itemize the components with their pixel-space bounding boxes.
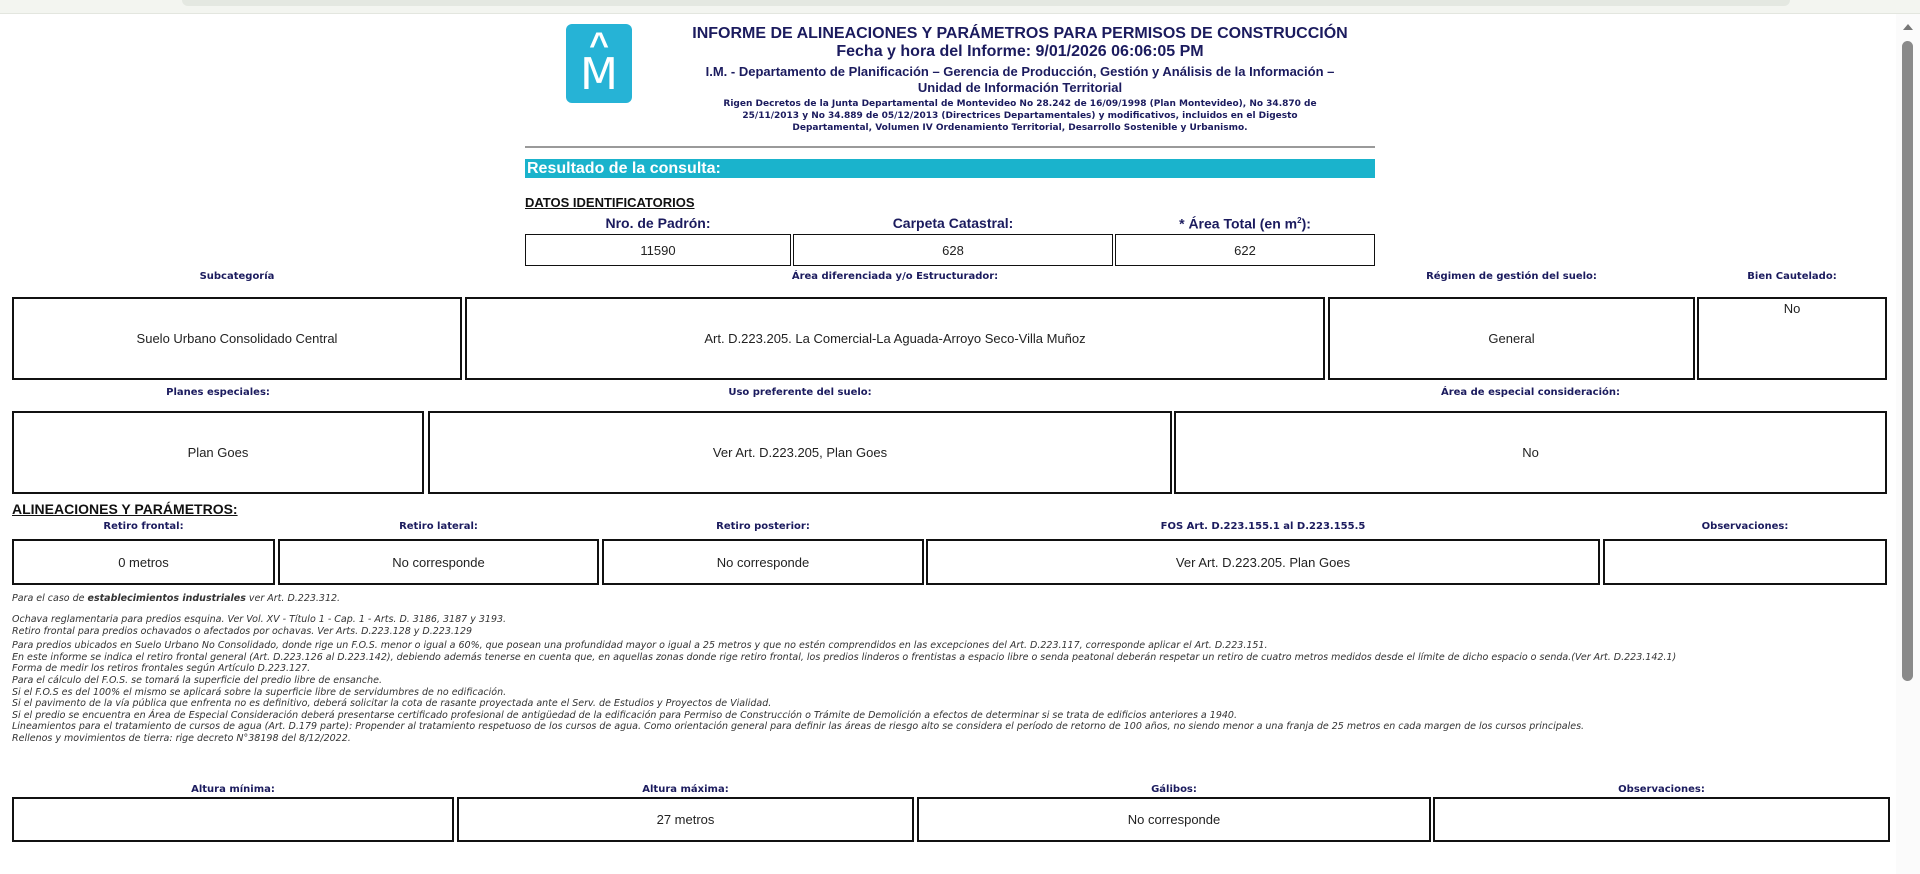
altura-minima-value [12, 797, 454, 842]
alineaciones-heading: ALINEACIONES Y PARÁMETROS: [12, 501, 238, 517]
note-line: En este informe se indica el retiro fron… [12, 652, 1676, 664]
report-decrees: Rigen Decretos de la Junta Departamental… [660, 98, 1380, 134]
uso-preferente-label: Uso preferente del suelo: [428, 387, 1172, 399]
note-line: Retiro frontal para predios ochavados o … [12, 626, 1676, 638]
address-bar[interactable] [182, 0, 1790, 6]
altura-minima-label: Altura mínima: [12, 784, 454, 796]
area-diferenciada-value: Art. D.223.205. La Comercial-La Aguada-A… [465, 297, 1325, 380]
bien-cautelado-value: No [1697, 297, 1887, 380]
area-total-value: 622 [1115, 234, 1375, 266]
decrees-line-2: 25/11/2013 y No 34.889 de 05/12/2013 (Di… [660, 110, 1380, 122]
carpeta-value: 628 [793, 234, 1113, 266]
notes-list: Ochava reglamentaria para predios esquin… [12, 614, 1676, 745]
galibos-label: Gálibos: [917, 784, 1431, 796]
padron-label: Nro. de Padrón: [525, 215, 791, 231]
report-department: I.M. - Departamento de Planificación – G… [700, 64, 1340, 96]
note-line: Si el predio se encuentra en Área de Esp… [12, 710, 1676, 722]
retiro-lateral-value: No corresponde [278, 539, 599, 585]
retiro-posterior-label: Retiro posterior: [602, 521, 924, 533]
scrollbar-thumb[interactable] [1902, 41, 1913, 681]
fos-label: FOS Art. D.223.155.1 al D.223.155.5 [926, 521, 1600, 533]
header-divider [525, 146, 1375, 148]
note-line: Para el cálculo del F.O.S. se tomará la … [12, 675, 1676, 687]
area-total-label: * Área Total (en m2): [1115, 213, 1375, 232]
area-especial-value: No [1174, 411, 1887, 494]
vertical-scrollbar[interactable] [1896, 14, 1920, 874]
carpeta-label: Carpeta Catastral: [793, 215, 1113, 231]
retiro-lateral-label: Retiro lateral: [278, 521, 599, 533]
galibos-value: No corresponde [917, 797, 1431, 842]
datos-identificatorios-heading: DATOS IDENTIFICATORIOS [525, 195, 695, 211]
decrees-line-3: Departamental, Volumen IV Ordenamiento T… [660, 122, 1380, 134]
logo-letter: M [566, 50, 632, 100]
regimen-value: General [1328, 297, 1695, 380]
padron-value: 11590 [525, 234, 791, 266]
retiro-frontal-label: Retiro frontal: [12, 521, 275, 533]
note-industrial: Para el caso de establecimientos industr… [12, 593, 340, 605]
note-line: Ochava reglamentaria para predios esquin… [12, 614, 1676, 626]
observaciones-value [1603, 539, 1887, 585]
fos-value: Ver Art. D.223.205. Plan Goes [926, 539, 1600, 585]
decrees-line-1: Rigen Decretos de la Junta Departamental… [660, 98, 1380, 110]
altura-maxima-value: 27 metros [457, 797, 914, 842]
note-line: Rellenos y movimientos de tierra: rige d… [12, 733, 1676, 745]
note-line: Lineamientos para el tratamiento de curs… [12, 721, 1676, 733]
montevideo-logo: ^ M [566, 24, 632, 103]
altura-maxima-label: Altura máxima: [457, 784, 914, 796]
result-banner: Resultado de la consulta: [525, 159, 1375, 178]
report-title: INFORME DE ALINEACIONES Y PARÁMETROS PAR… [660, 25, 1380, 43]
area-diferenciada-label: Área diferenciada y/o Estructurador: [465, 271, 1325, 283]
note-line: Si el pavimento de la vía pública que en… [12, 698, 1676, 710]
alturas-observaciones-label: Observaciones: [1433, 784, 1890, 796]
alturas-observaciones-value [1433, 797, 1890, 842]
retiro-frontal-value: 0 metros [12, 539, 275, 585]
note-line: Forma de medir los retiros frontales seg… [12, 663, 1676, 675]
scroll-up-arrow-icon[interactable] [1903, 24, 1913, 30]
planes-especiales-label: Planes especiales: [12, 387, 424, 399]
note-line: Para predios ubicados en Suelo Urbano No… [12, 640, 1676, 652]
bien-cautelado-label: Bien Cautelado: [1697, 271, 1887, 283]
uso-preferente-value: Ver Art. D.223.205, Plan Goes [428, 411, 1172, 494]
regimen-label: Régimen de gestión del suelo: [1328, 271, 1695, 283]
browser-toolbar [0, 0, 1920, 14]
subcategoria-label: Subcategoría [12, 271, 462, 283]
observaciones-label: Observaciones: [1603, 521, 1887, 533]
subcategoria-value: Suelo Urbano Consolidado Central [12, 297, 462, 380]
planes-especiales-value: Plan Goes [12, 411, 424, 494]
area-especial-label: Área de especial consideración: [1174, 387, 1887, 399]
report-datetime: Fecha y hora del Informe: 9/01/2026 06:0… [660, 43, 1380, 61]
note-line: Si el F.O.S es del 100% el mismo se apli… [12, 687, 1676, 699]
retiro-posterior-value: No corresponde [602, 539, 924, 585]
